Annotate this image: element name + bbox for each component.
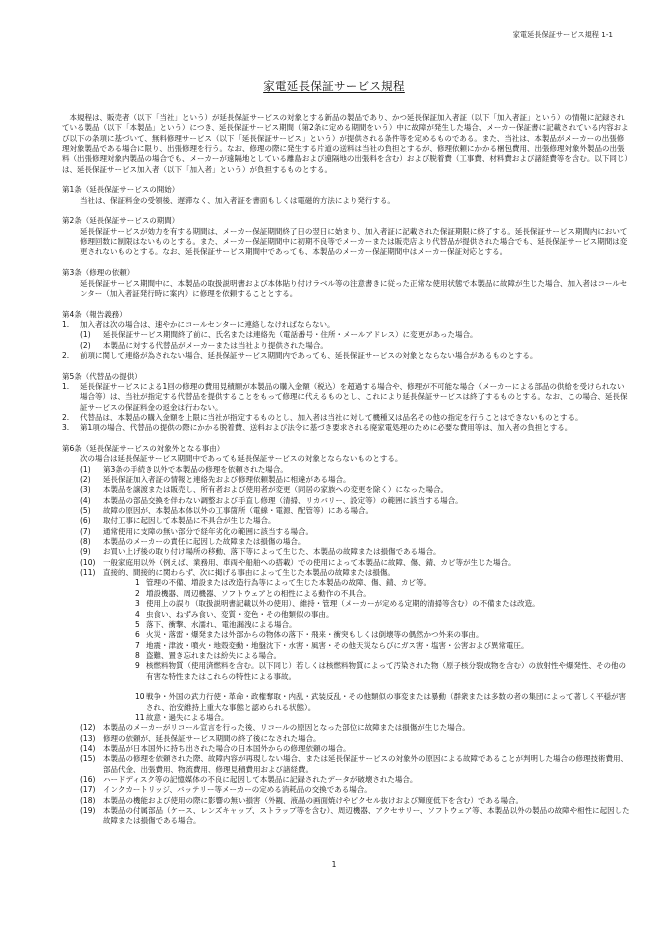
item-number: (15) xyxy=(80,754,103,775)
exclusion-sub-item: 3使用上の誤り（取扱説明書記載以外の使用）、維持・管理（メーカーが定める定期的清… xyxy=(62,599,630,609)
sub-item-text: 管理の不備、増設または改造行為等によって生じた本製品の故障、傷、錆、カビ等。 xyxy=(146,578,630,588)
sub-item-number: 9 xyxy=(135,661,146,682)
item-number: (4) xyxy=(80,496,103,506)
sub-item-number: 4 xyxy=(135,610,146,620)
article-lead: 次の場合は延長保証サービス期間中であっても延長保証サービスの対象とならないものと… xyxy=(62,454,630,464)
item-text: ハードディスク等の記憶媒体の不良に起因して本製品に記録されたデータが破壊された場… xyxy=(103,775,630,785)
exclusion-item: (1)第3条の手続き以外で本製品の修理を依頼された場合。 xyxy=(62,465,630,475)
article-4: 第4条（報告義務） 1. 加入者は次の場合は、速やかにコールセンターに連絡しなけ… xyxy=(62,310,630,362)
sub-item-text: 戦争・外国の武力行使・革命・政権奪取・内乱・武装反乱・その他類似の事変または暴動… xyxy=(146,692,630,713)
sub-item-text: 地震・津波・噴火・地殻変動・地盤沈下・水害・風害・その他天災ならびにガス害・塩害… xyxy=(146,641,630,651)
article-body: 延長保証サービスが効力を有する期間は、メーカー保証期間終了日の翌日に始まり、加入… xyxy=(62,227,630,258)
exclusion-item: (14)本製品が日本国外に持ち出された場合の日本国外からの修理依頼の場合。 xyxy=(62,744,630,754)
item-text: 取付工事に起因して本製品に不具合が生じた場合。 xyxy=(103,516,630,526)
exclusion-sub-item: 2増設機器、周辺機器、ソフトウェアとの相性による動作の不具合。 xyxy=(62,589,630,599)
exclusion-item: (8)本製品のメーカーの責任に起因した故障または損傷の場合。 xyxy=(62,537,630,547)
item-text: 延長保証加入者証の情報と連絡先および修理依頼製品に相違がある場合。 xyxy=(103,475,630,485)
item-text: 第3条の手続き以外で本製品の修理を依頼された場合。 xyxy=(103,465,630,475)
exclusion-item: (10)一般家庭用以外（例えば、業務用、車両や船舶への搭載）での使用によって本製… xyxy=(62,558,630,568)
clause: 2. 前項に関して連絡が為されない場合、延長保証サービス期間内であっても、延長保… xyxy=(62,351,630,361)
preamble: 本規程は、販売者（以下「当社」という）が延長保証サービスの対象とする新品の製品で… xyxy=(62,113,630,175)
item-number: (7) xyxy=(80,527,103,537)
article-2: 第2条（延長保証サービスの期間） 延長保証サービスが効力を有する期間は、メーカー… xyxy=(62,216,630,257)
article-5: 第5条（代替品の提供） 1. 延長保証サービスによる1回の修理の費用見積額が本製… xyxy=(62,372,630,434)
exclusion-sub-item: 6火災・落雷・爆発または外部からの物体の落下・飛来・衝突もしくは倒壊等の偶然かつ… xyxy=(62,630,630,640)
article-heading: 第3条（修理の依頼） xyxy=(62,268,630,278)
sub-item-text: 故意・過失による場合。 xyxy=(146,713,630,723)
item-text: 本製品のメーカーがリコール宣言を行った後、リコールの原因となった部位に故障または… xyxy=(103,723,630,733)
item-text: 本製品の付属部品（ケース、レンズキャップ、ストラップ等を含む）、周辺機器、アクセ… xyxy=(103,806,630,827)
item-number: (16) xyxy=(80,775,103,785)
clause-number: 1. xyxy=(62,382,80,413)
item-number: (10) xyxy=(80,558,103,568)
item-number: (18) xyxy=(80,796,103,806)
item-number: (14) xyxy=(80,744,103,754)
sub-item-number: 7 xyxy=(135,641,146,651)
sub-item-text: 盗難、置き忘れまたは紛失による場合。 xyxy=(146,651,630,661)
exclusion-item: (16)ハードディスク等の記憶媒体の不良に起因して本製品に記録されたデータが破壊… xyxy=(62,775,630,785)
exclusion-item: (18)本製品の機能および使用の際に影響の無い損害（外観、液晶の画面焼けやピクセ… xyxy=(62,796,630,806)
clause-text: 前項に関して連絡が為されない場合、延長保証サービス期間内であっても、延長保証サー… xyxy=(80,351,630,361)
document-page: 家電延長保証サービス規程 1-1 家電延長保証サービス規程 本規程は、販売者（以… xyxy=(0,0,668,945)
sub-item-text: 使用上の誤り（取扱説明書記載以外の使用）、維持・管理（メーカーが定める定期的清掃… xyxy=(146,599,630,609)
item-text: 本製品の機能および使用の際に影響の無い損害（外観、液晶の画面焼けやピクセル抜けお… xyxy=(103,796,630,806)
page-number: 1 xyxy=(0,860,668,869)
article-1: 第1条（延長保証サービスの開始） 当社は、保証料金の受領後、遅滞なく、加入者証を… xyxy=(62,185,630,206)
document-title: 家電延長保証サービス規程 xyxy=(0,78,668,94)
sub-item-number: 8 xyxy=(135,651,146,661)
exclusion-sub-item: 1管理の不備、増設または改造行為等によって生じた本製品の故障、傷、錆、カビ等。 xyxy=(62,578,630,588)
exclusion-item: (6)取付工事に起因して本製品に不具合が生じた場合。 xyxy=(62,516,630,526)
exclusion-item: (15)本製品の修理を依頼された際、故障内容が再現しない場合、または延長保証サー… xyxy=(62,754,630,775)
item-text: 一般家庭用以外（例えば、業務用、車両や船舶への搭載）での使用によって本製品に故障… xyxy=(103,558,630,568)
sub-item-text: 落下、衝撃、水濡れ、電池漏洩による場合。 xyxy=(146,620,630,630)
item-text: 本製品のメーカーの責任に起因した故障または損傷の場合。 xyxy=(103,537,630,547)
article-heading: 第2条（延長保証サービスの期間） xyxy=(62,216,630,226)
sub-item-number: 11 xyxy=(135,713,146,723)
item-text: 本製品の修理を依頼された際、故障内容が再現しない場合、または延長保証サービスの対… xyxy=(103,754,630,775)
item-number: (1) xyxy=(80,465,103,475)
exclusion-item: (19)本製品の付属部品（ケース、レンズキャップ、ストラップ等を含む）、周辺機器… xyxy=(62,806,630,827)
clause-text: 加入者は次の場合は、速やかにコールセンターに連絡しなければならない。 xyxy=(80,320,630,330)
item-number: (8) xyxy=(80,537,103,547)
clause-text: 代替品は、本製品の購入金額を上限に当社が指定するものとし、加入者は当社に対して機… xyxy=(80,413,630,423)
item-text: インクカートリッジ、バッテリー等メーカーの定める消耗品の交換である場合。 xyxy=(103,785,630,795)
sub-item-text: 火災・落雷・爆発または外部からの物体の落下・飛来・衝突もしくは倒壊等の偶然かつ外… xyxy=(146,630,630,640)
item-number: (12) xyxy=(80,723,103,733)
item-number: (13) xyxy=(80,734,103,744)
item-text: 直接的、間接的に関わらず、次に掲げる事由によって生じた本製品の故障または損傷。 xyxy=(103,568,630,578)
exclusion-item: (9)お買い上げ後の取り付け場所の移動、落下等によって生じた、本製品の故障または… xyxy=(62,547,630,557)
sub-item-number: 10 xyxy=(135,692,146,713)
exclusion-item: (11)直接的、間接的に関わらず、次に掲げる事由によって生じた本製品の故障または… xyxy=(62,568,630,578)
document-reference: 家電延長保証サービス規程 1-1 xyxy=(513,30,613,40)
exclusion-sub-item: 9核燃料物質（使用済燃料を含む。以下同じ）若しくは核燃料物質によって汚染された物… xyxy=(62,661,630,682)
clause: 3. 第1項の場合、代替品の提供の際にかかる脱着費、送料および法令に基づき要求さ… xyxy=(62,423,630,433)
sub-clause: (2) 本製品に対する代替品がメーカーまたは当社より提供された場合。 xyxy=(62,341,630,351)
item-number: (11) xyxy=(80,568,103,578)
exclusion-item: (12)本製品のメーカーがリコール宣言を行った後、リコールの原因となった部位に故… xyxy=(62,723,630,733)
item-number: (5) xyxy=(80,506,103,516)
exclusion-item: (2)延長保証加入者証の情報と連絡先および修理依頼製品に相違がある場合。 xyxy=(62,475,630,485)
sub-clause-text: 延長保証サービス期間終了前に、氏名または連絡先（電話番号・住所・メールアドレス）… xyxy=(103,330,630,340)
sub-item-text: 虫食い、ねずみ食い、変質・変色・その他類似の事由。 xyxy=(146,610,630,620)
item-text: 本製品が日本国外に持ち出された場合の日本国外からの修理依頼の場合。 xyxy=(103,744,630,754)
sub-item-number: 5 xyxy=(135,620,146,630)
article-body: 延長保証サービス期間中に、本製品の取扱説明書および本体貼り付けラベル等の注意書き… xyxy=(62,279,630,300)
sub-clause-text: 本製品に対する代替品がメーカーまたは当社より提供された場合。 xyxy=(103,341,630,351)
clause-number: 2. xyxy=(62,351,80,361)
item-text: 故障の原因が、本製品本体以外の工事箇所（電線・電源、配管等）にある場合。 xyxy=(103,506,630,516)
item-number: (6) xyxy=(80,516,103,526)
clause: 1. 延長保証サービスによる1回の修理の費用見積額が本製品の購入金額（税込）を超… xyxy=(62,382,630,413)
sub-item-number: 2 xyxy=(135,589,146,599)
exclusion-item: (5)故障の原因が、本製品本体以外の工事箇所（電線・電源、配管等）にある場合。 xyxy=(62,506,630,516)
item-number: (2) xyxy=(80,475,103,485)
article-heading: 第5条（代替品の提供） xyxy=(62,372,630,382)
sub-clause-number: (2) xyxy=(80,341,103,351)
article-heading: 第4条（報告義務） xyxy=(62,310,630,320)
clause-number: 2. xyxy=(62,413,80,423)
exclusion-item: (7)通常使用に支障の無い部分で経年劣化の範囲に該当する場合。 xyxy=(62,527,630,537)
sub-item-number: 1 xyxy=(135,578,146,588)
exclusion-item: (17)インクカートリッジ、バッテリー等メーカーの定める消耗品の交換である場合。 xyxy=(62,785,630,795)
article-6: 第6条（延長保証サービスの対象外となる事由） 次の場合は延長保証サービス期間中で… xyxy=(62,444,630,827)
article-heading: 第6条（延長保証サービスの対象外となる事由） xyxy=(62,444,630,454)
item-number: (19) xyxy=(80,806,103,827)
sub-item-text: 核燃料物質（使用済燃料を含む。以下同じ）若しくは核燃料物質によって汚染された物（… xyxy=(146,661,630,682)
article-body: 当社は、保証料金の受領後、遅滞なく、加入者証を書面もしくは電磁的方法により発行す… xyxy=(62,196,630,206)
sub-clause: (1) 延長保証サービス期間終了前に、氏名または連絡先（電話番号・住所・メールア… xyxy=(62,330,630,340)
exclusion-item: (3)本製品を譲渡または販売し、所有者および使用者が変更（同居の家族への変更を除… xyxy=(62,485,630,495)
item-text: 通常使用に支障の無い部分で経年劣化の範囲に該当する場合。 xyxy=(103,527,630,537)
article-heading: 第1条（延長保証サービスの開始） xyxy=(62,185,630,195)
clause: 1. 加入者は次の場合は、速やかにコールセンターに連絡しなければならない。 xyxy=(62,320,630,330)
exclusion-item: (13)修理の依頼が、延長保証サービス期間の終了後になされた場合。 xyxy=(62,734,630,744)
item-text: 本製品の部品交換を伴わない調整および手直し修理（清掃、リカバリー、設定等）の範囲… xyxy=(103,496,630,506)
exclusion-sub-item: 10戦争・外国の武力行使・革命・政権奪取・内乱・武装反乱・その他類似の事変または… xyxy=(62,692,630,713)
sub-item-number: 6 xyxy=(135,630,146,640)
item-text: 本製品を譲渡または販売し、所有者および使用者が変更（同居の家族への変更を除く）に… xyxy=(103,485,630,495)
spacer xyxy=(62,682,630,692)
item-text: 修理の依頼が、延長保証サービス期間の終了後になされた場合。 xyxy=(103,734,630,744)
item-number: (3) xyxy=(80,485,103,495)
exclusion-sub-item: 4虫食い、ねずみ食い、変質・変色・その他類似の事由。 xyxy=(62,610,630,620)
article-3: 第3条（修理の依頼） 延長保証サービス期間中に、本製品の取扱説明書および本体貼り… xyxy=(62,268,630,299)
sub-clause-number: (1) xyxy=(80,330,103,340)
item-number: (9) xyxy=(80,547,103,557)
clause-number: 1. xyxy=(62,320,80,330)
clause: 2. 代替品は、本製品の購入金額を上限に当社が指定するものとし、加入者は当社に対… xyxy=(62,413,630,423)
exclusion-item: (4)本製品の部品交換を伴わない調整および手直し修理（清掃、リカバリー、設定等）… xyxy=(62,496,630,506)
exclusion-sub-item: 11故意・過失による場合。 xyxy=(62,713,630,723)
exclusion-sub-item: 8盗難、置き忘れまたは紛失による場合。 xyxy=(62,651,630,661)
clause-text: 延長保証サービスによる1回の修理の費用見積額が本製品の購入金額（税込）を超過する… xyxy=(80,382,630,413)
item-number: (17) xyxy=(80,785,103,795)
exclusion-sub-item: 5落下、衝撃、水濡れ、電池漏洩による場合。 xyxy=(62,620,630,630)
exclusion-sub-item: 7地震・津波・噴火・地殻変動・地盤沈下・水害・風害・その他天災ならびにガス害・塩… xyxy=(62,641,630,651)
clause-text: 第1項の場合、代替品の提供の際にかかる脱着費、送料および法令に基づき要求される廃… xyxy=(80,423,630,433)
sub-item-text: 増設機器、周辺機器、ソフトウェアとの相性による動作の不具合。 xyxy=(146,589,630,599)
document-body: 本規程は、販売者（以下「当社」という）が延長保証サービスの対象とする新品の製品で… xyxy=(62,113,630,827)
clause-number: 3. xyxy=(62,423,80,433)
item-text: お買い上げ後の取り付け場所の移動、落下等によって生じた、本製品の故障または損傷で… xyxy=(103,547,630,557)
sub-item-number: 3 xyxy=(135,599,146,609)
